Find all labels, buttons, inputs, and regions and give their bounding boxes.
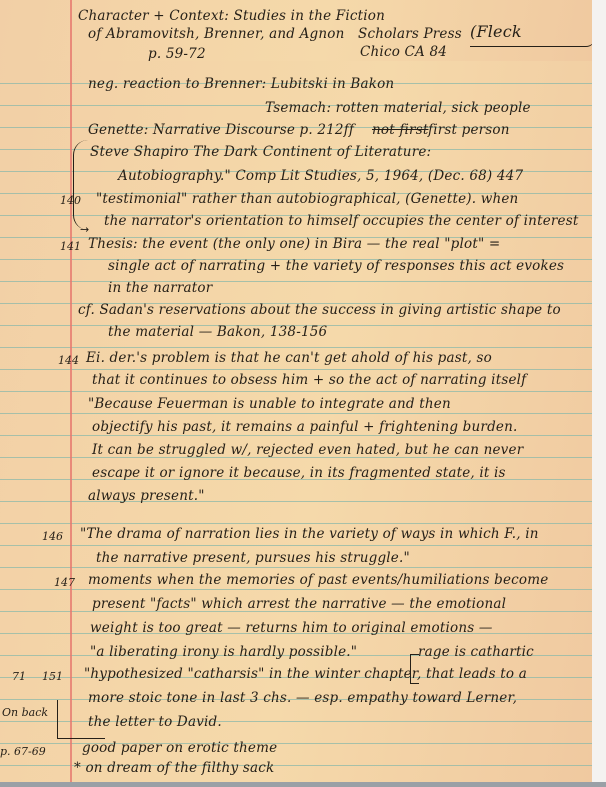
margin-140: 140 (60, 194, 81, 207)
note-genette-struck: not first (372, 122, 428, 138)
note-catharsis-c: the letter to David. (88, 714, 222, 730)
note-rage: rage is cathartic (418, 644, 534, 660)
margin-146: 146 (42, 530, 63, 543)
note-dream: * on dream of the filthy sack (74, 760, 274, 776)
note-testimonial-a: "testimonial" rather than autobiographic… (96, 191, 518, 207)
margin-67-69: p. 67-69 (0, 745, 46, 758)
note-drama-a: "The drama of narration lies in the vari… (80, 526, 539, 542)
note-shapiro-title: Steve Shapiro The Dark Continent of Lite… (90, 144, 431, 160)
note-sadan-b: the material — Bakon, 138-156 (108, 324, 327, 340)
author-underline (470, 38, 592, 47)
margin-on-back: On back (2, 706, 48, 719)
note-quote-c: It can be struggled w/, rejected even ha… (92, 442, 523, 458)
note-shapiro-citation: Autobiography." Comp Lit Studies, 5, 196… (118, 168, 523, 184)
ruled-lines (0, 0, 592, 782)
note-genette-first-person: first person (428, 122, 510, 138)
note-thesis-a: Thesis: the event (the only one) in Bira… (88, 236, 500, 252)
note-thesis-b: single act of narrating + the variety of… (108, 258, 564, 274)
margin-71: 71 (12, 670, 26, 683)
header-pages: p. 59-72 (148, 46, 206, 62)
notebook-page: Character + Context: Studies in the Fict… (0, 0, 592, 782)
margin-147: 147 (54, 576, 75, 589)
margin-151: 151 (42, 670, 63, 683)
header-title-line2: of Abramovitsh, Brenner, and Agnon (88, 26, 345, 42)
note-quote-b: objectify his past, it remains a painful… (92, 419, 518, 435)
red-margin-line (70, 0, 72, 782)
note-genette: Genette: Narrative Discourse p. 212ff (88, 122, 354, 138)
note-sadan-a: cf. Sadan's reservations about the succe… (78, 302, 561, 318)
note-tsemach: Tsemach: rotten material, sick people (265, 100, 531, 116)
margin-144: 144 (58, 354, 79, 367)
header-publisher: Scholars Press (358, 26, 462, 42)
header-title-line1: Character + Context: Studies in the Fict… (78, 8, 385, 24)
note-quote-a: "Because Feuerman is unable to integrate… (88, 396, 451, 412)
note-testimonial-b: the narrator's orientation to himself oc… (104, 213, 578, 229)
note-problem-a: Ei. der.'s problem is that he can't get … (86, 350, 492, 366)
note-problem-b: that it continues to obsess him + so the… (92, 372, 526, 388)
note-quote-e: always present." (88, 488, 205, 504)
note-neg-reaction: neg. reaction to Brenner: Lubitski in Ba… (88, 76, 394, 92)
arrow-icon: → (80, 223, 89, 236)
bracket-paren (73, 140, 88, 230)
note-moments-d: "a liberating irony is hardly possible." (90, 644, 357, 660)
note-moments-b: present "facts" which arrest the narrati… (92, 596, 506, 612)
note-catharsis-b: more stoic tone in last 3 chs. — esp. em… (88, 690, 517, 706)
margin-141: 141 (60, 240, 81, 253)
note-moments-a: moments when the memories of past events… (88, 572, 548, 588)
header-place: Chico CA 84 (360, 44, 447, 60)
note-erotic: good paper on erotic theme (82, 740, 277, 756)
scan-bottom-edge (0, 782, 606, 787)
note-catharsis-a: "hypothesized "catharsis" in the winter … (84, 666, 527, 682)
note-drama-b: the narrative present, pursues his strug… (96, 550, 410, 566)
note-thesis-c: in the narrator (108, 280, 212, 296)
scan-right-edge (592, 0, 606, 782)
note-quote-d: escape it or ignore it because, in its f… (92, 465, 506, 481)
note-moments-c: weight is too great — returns him to ori… (90, 620, 493, 636)
